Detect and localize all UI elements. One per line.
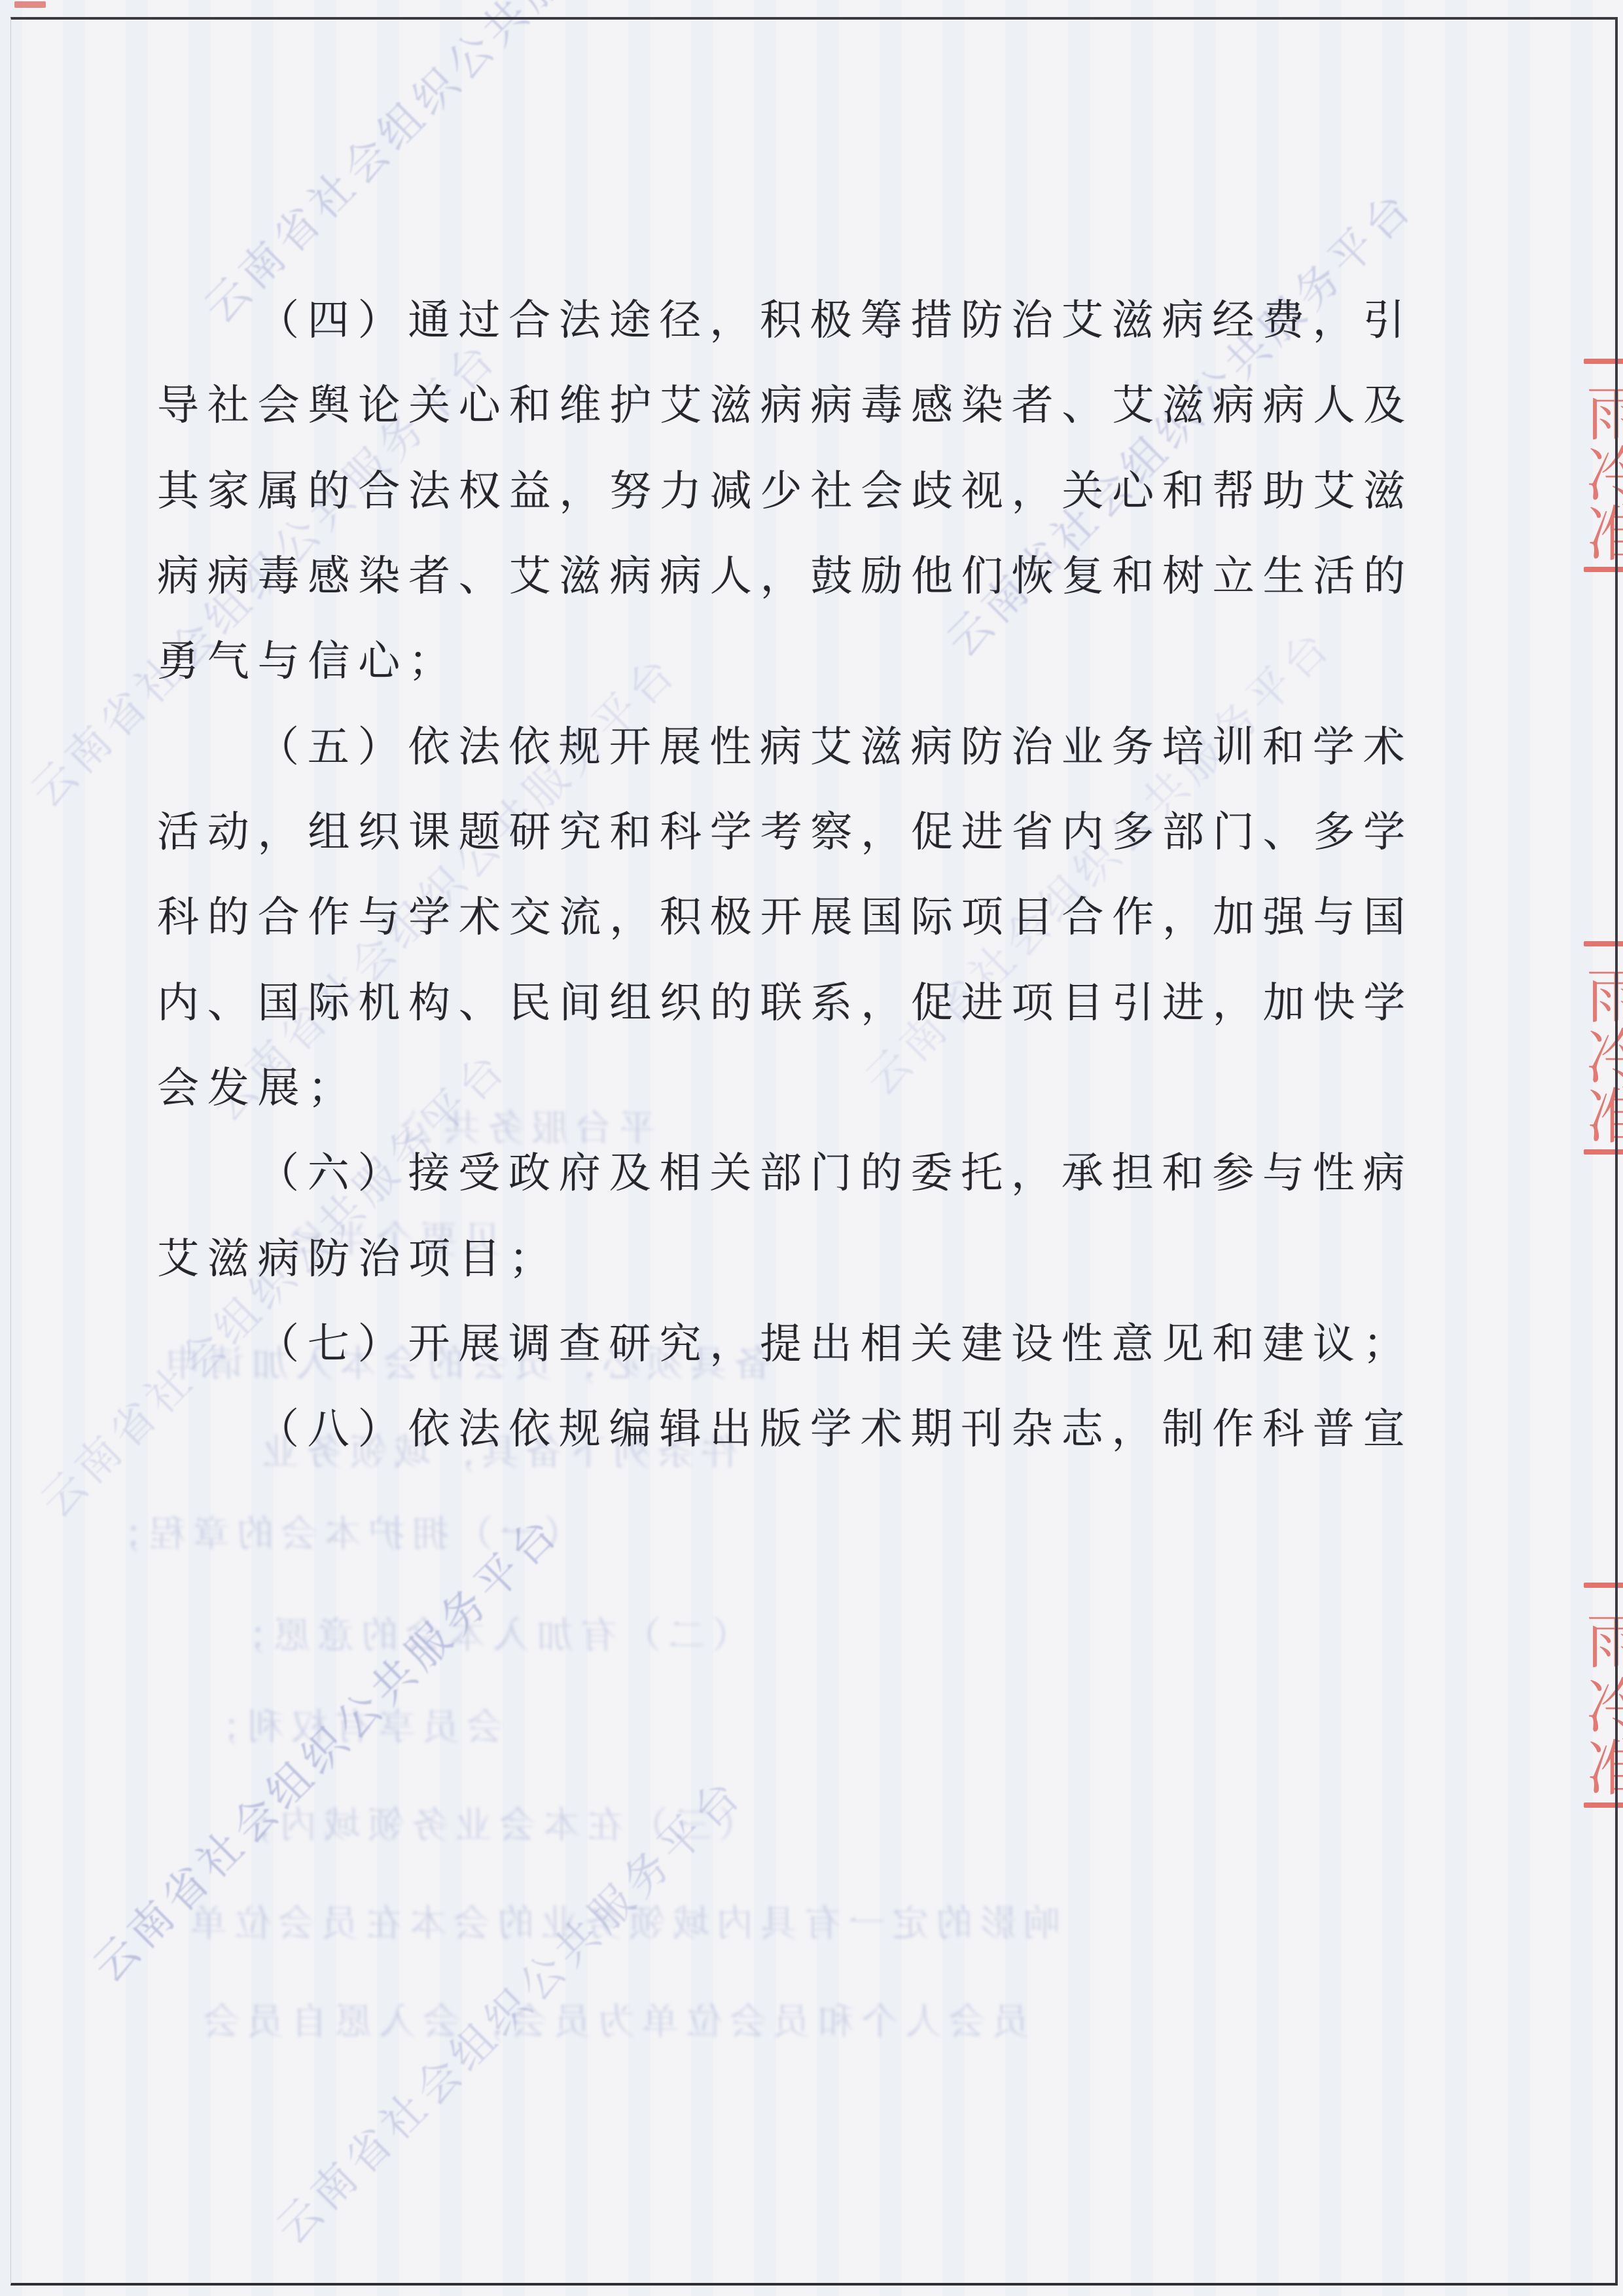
diagonal-watermark: 云南省社会组织公共服务平台 — [187, 0, 683, 334]
bleedthrough-text: （二）有加入本会的意愿； — [223, 1607, 749, 1659]
red-stamp-fragment: 雨 冷 准 — [1575, 359, 1623, 572]
stamp-character: 冷 — [1586, 1028, 1623, 1089]
bleedthrough-text: 响影的定一有具内域领务业的会本在员会位单 — [183, 1895, 1060, 1947]
body-line: 艾滋病防治项目； — [157, 1228, 1466, 1291]
diagonal-watermark: 云南省社会组织公共服务平台 — [259, 1760, 755, 2255]
body-line: （八）依法依规编辑出版学术期刊杂志，制作科普宣 — [157, 1398, 1466, 1461]
stamp-character: 冷 — [1586, 445, 1623, 507]
scanned-document-page: 云南省社会组织公共服务平台 云南省社会组织公共服务平台 云南省社会组织公共服务平… — [0, 0, 1623, 2296]
stamp-border-line — [1584, 941, 1623, 946]
stamp-character: 准 — [1586, 504, 1623, 565]
stamp-border-line — [1584, 1803, 1623, 1808]
diagonal-watermark: 云南省社会组织公共服务平台 — [76, 1498, 571, 1994]
stamp-border-line — [1584, 1583, 1623, 1588]
stamp-character: 雨 — [1586, 384, 1623, 445]
body-line: （六）接受政府及相关部门的委托，承担和参与性病 — [157, 1142, 1466, 1205]
body-line: （七）开展调查研究，提出相关建设性意见和建议； — [157, 1313, 1466, 1376]
body-line: 会发展； — [157, 1057, 1466, 1120]
stamp-character: 准 — [1586, 1086, 1623, 1148]
red-stamp-fragment: 雨 冷 准 — [1575, 941, 1623, 1155]
body-line: （四）通过合法途径，积极筹措防治艾滋病经费，引 — [157, 289, 1466, 352]
body-line: 导社会舆论关心和维护艾滋病病毒感染者、艾滋病病人及 — [157, 374, 1466, 437]
red-stamp-fragment: 雨 冷 准 — [1575, 1583, 1623, 1808]
bleedthrough-text: 员会人个和员会位单为员会，会入愿自员会 — [196, 1993, 1029, 2045]
body-line: 科的合作与学术交流，积极开展国际项目合作，加强与国 — [157, 886, 1466, 949]
body-line: 其家属的合法权益，努力减少社会歧视，关心和帮助艾滋 — [157, 460, 1466, 523]
body-line: （五）依法依规开展性病艾滋病防治业务培训和学术 — [157, 716, 1466, 779]
stamp-border-line — [1584, 567, 1623, 572]
stamp-border-line — [1584, 1149, 1623, 1155]
stamp-character: 准 — [1586, 1738, 1623, 1800]
body-line: 活动，组织课题研究和科学考察，促进省内多部门、多学 — [157, 801, 1466, 864]
body-line: 内、国际机构、民间组织的联系，促进项目引进，加快学 — [157, 972, 1466, 1035]
stamp-border-line — [1584, 359, 1623, 364]
stamp-character: 雨 — [1586, 966, 1623, 1028]
bleedthrough-text: （一）拥护本会的章程； — [98, 1505, 580, 1558]
bleedthrough-text: 会员享有权利； — [196, 1698, 503, 1751]
body-line: 勇气与信心； — [157, 630, 1466, 693]
bleedthrough-text: （三）在本会业务领域内； — [229, 1797, 755, 1849]
stamp-character: 雨 — [1586, 1611, 1623, 1673]
stamp-character: 冷 — [1586, 1677, 1623, 1738]
body-line: 病病毒感染者、艾滋病病人，鼓励他们恢复和树立生活的 — [157, 545, 1466, 608]
red-corner-artifact — [14, 1, 46, 8]
